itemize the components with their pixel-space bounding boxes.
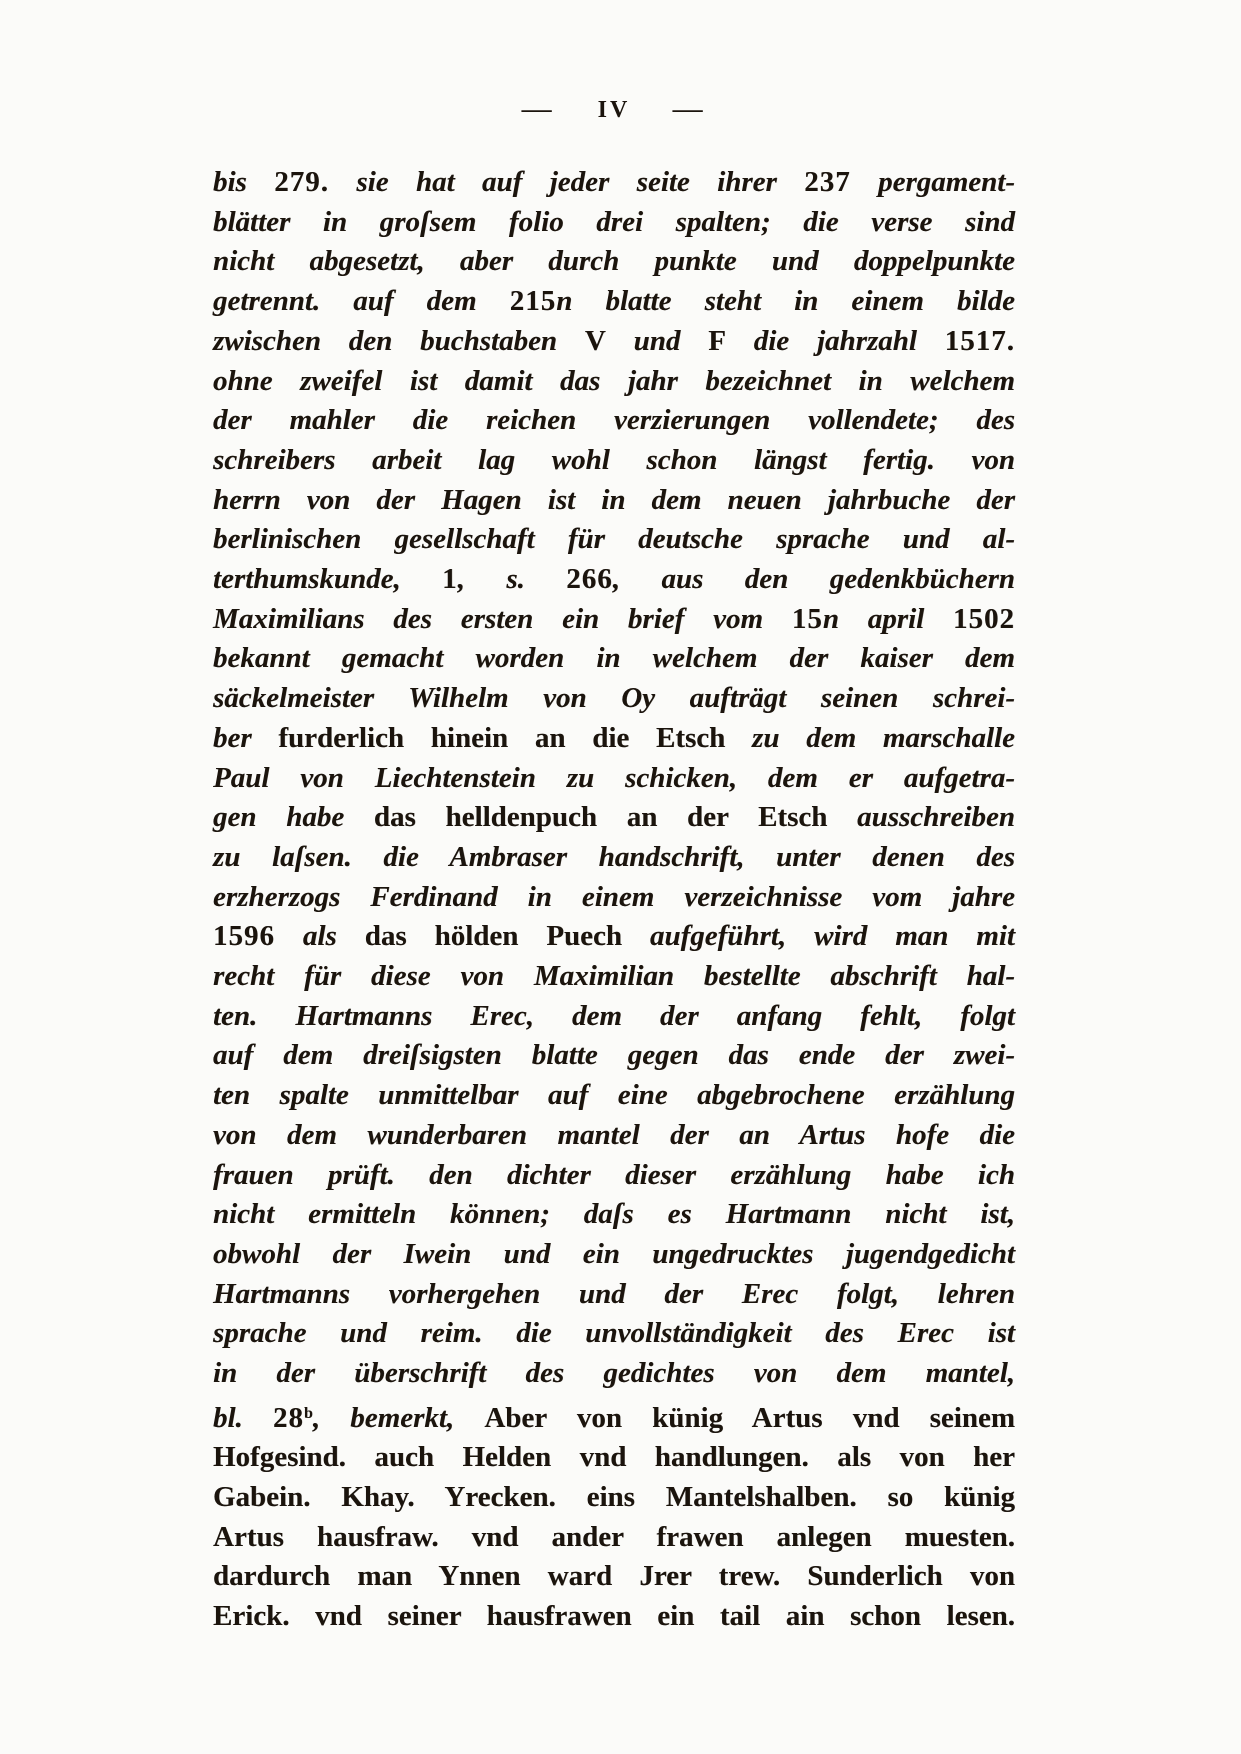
text-line: auf dem dreiſsigsten blatte gegen das en…: [213, 1036, 1015, 1076]
text-segment: in der überschrift des gedichtes von dem…: [213, 1357, 1015, 1389]
text-line: blätter in groſsem folio drei spalten; d…: [213, 203, 1015, 243]
text-segment: 1517.: [945, 325, 1015, 357]
text-segment: frauen prüft. den dichter dieser erzählu…: [213, 1159, 1015, 1191]
text-segment: ten spalte unmittelbar auf eine abgebroc…: [213, 1079, 1015, 1111]
text-line: terthumskunde, 1, s. 266, aus den gedenk…: [213, 560, 1015, 600]
text-segment: nicht ermitteln können; daſs es Hartmann…: [213, 1198, 1015, 1230]
text-segment: auf dem dreiſsigsten blatte gegen das en…: [213, 1039, 1015, 1071]
text-line: herrn von der Hagen ist in dem neuen jah…: [213, 481, 1015, 521]
text-segment: 1596: [213, 920, 275, 952]
header-left-dash: —: [521, 97, 555, 124]
text-segment: bis: [213, 166, 274, 198]
text-segment: , bemerkt,: [313, 1402, 485, 1434]
text-segment: getrennt. auf dem: [213, 285, 510, 317]
text-segment: von dem wunderbaren mantel der an Artus …: [213, 1119, 1015, 1151]
text-segment: Paul von Liechtenstein zu schicken, dem …: [213, 762, 1015, 794]
text-line: 1596 als das hölden Puech aufgeführt, wi…: [213, 917, 1015, 957]
text-segment: bekannt gemacht worden in welchem der ka…: [213, 642, 1015, 674]
text-segment: ten. Hartmanns Erec, dem der anfang fehl…: [213, 1000, 1015, 1032]
text-segment: n blatte steht in einem bilde: [556, 285, 1015, 317]
text-segment: 215: [510, 285, 557, 317]
text-segment: und: [606, 325, 708, 357]
text-line: gen habe das helldenpuch an der Etsch au…: [213, 798, 1015, 838]
text-segment: Artus hausfraw. vnd ander frawen anlegen…: [213, 1521, 1015, 1553]
header-right-dash: —: [673, 97, 707, 124]
text-segment: das helldenpuch an der Etsch: [374, 801, 857, 833]
text-segment: Maximilians des ersten ein brief vom: [213, 603, 792, 635]
text-segment: sie hat auf jeder seite ihrer: [329, 166, 804, 198]
text-line: getrennt. auf dem 215n blatte steht in e…: [213, 282, 1015, 322]
text-line: ten spalte unmittelbar auf eine abgebroc…: [213, 1076, 1015, 1116]
text-segment: der mahler die reichen verzierungen voll…: [213, 404, 1015, 436]
text-segment: 1502: [953, 603, 1015, 635]
text-segment: Hofgesind. auch Helden vnd handlungen. a…: [213, 1441, 1015, 1473]
scanned-book-page: — IV — bis 279. sie hat auf jeder seite …: [0, 0, 1241, 1754]
text-segment: b: [304, 1405, 313, 1422]
text-line: frauen prüft. den dichter dieser erzählu…: [213, 1156, 1015, 1196]
text-segment: zu dem marschalle: [752, 722, 1015, 754]
text-segment: ber: [213, 722, 278, 754]
text-line: säckelmeister Wilhelm von Oy aufträgt se…: [213, 679, 1015, 719]
text-segment: 15: [792, 603, 823, 635]
text-line: nicht ermitteln können; daſs es Hartmann…: [213, 1195, 1015, 1235]
text-segment: Gabein. Khay. Yrecken. eins Mantelshalbe…: [213, 1481, 1015, 1513]
text-line: schreibers arbeit lag wohl schon längst …: [213, 441, 1015, 481]
text-segment: 279.: [274, 166, 329, 198]
text-segment: säckelmeister Wilhelm von Oy aufträgt se…: [213, 682, 1015, 714]
text-line: Erick. vnd seiner hausfrawen ein tail ai…: [213, 1597, 1015, 1637]
text-line: erzherzogs Ferdinand in einem verzeichni…: [213, 878, 1015, 918]
text-segment: blätter in groſsem folio drei spalten; d…: [213, 206, 1015, 238]
text-line: ten. Hartmanns Erec, dem der anfang fehl…: [213, 997, 1015, 1037]
text-segment: die jahrzahl: [726, 325, 945, 357]
text-line: Maximilians des ersten ein brief vom 15n…: [213, 600, 1015, 640]
text-line: Hartmanns vorhergehen und der Erec folgt…: [213, 1275, 1015, 1315]
text-line: Hofgesind. auch Helden vnd handlungen. a…: [213, 1438, 1015, 1478]
text-segment: Aber von künig Artus vnd seinem: [484, 1402, 1015, 1434]
text-segment: pergament-: [851, 166, 1015, 198]
text-segment: 1: [442, 563, 458, 595]
text-segment: Erick. vnd seiner hausfrawen ein tail ai…: [213, 1600, 1015, 1632]
text-line: nicht abgesetzt, aber durch punkte und d…: [213, 242, 1015, 282]
page-number-roman: IV: [598, 97, 631, 124]
text-line: zu laſsen. die Ambraser handschrift, unt…: [213, 838, 1015, 878]
text-segment: Hartmanns vorhergehen und der Erec folgt…: [213, 1278, 1015, 1310]
text-line: recht für diese von Maximilian bestellte…: [213, 957, 1015, 997]
text-line: sprache und reim. die unvollständigkeit …: [213, 1314, 1015, 1354]
text-segment: aufgeführt, wird man mit: [650, 920, 1015, 952]
text-segment: als: [275, 920, 365, 952]
text-segment: 28: [273, 1402, 304, 1434]
text-segment: nicht abgesetzt, aber durch punkte und d…: [213, 245, 1015, 277]
text-segment: ausschreiben: [857, 801, 1015, 833]
text-line: von dem wunderbaren mantel der an Artus …: [213, 1116, 1015, 1156]
text-segment: sprache und reim. die unvollständigkeit …: [213, 1317, 1015, 1349]
text-segment: , s.: [458, 563, 567, 595]
text-segment: das hölden Puech: [365, 920, 650, 952]
text-segment: berlinischen gesellschaft für deutsche s…: [213, 523, 1015, 555]
text-segment: furderlich hinein an die Etsch: [278, 722, 752, 754]
text-segment: gen habe: [213, 801, 374, 833]
text-segment: V: [585, 325, 606, 357]
text-segment: 266: [566, 563, 613, 595]
text-segment: n april: [823, 603, 953, 635]
text-line: dardurch man Ynnen ward Jrer trew. Sunde…: [213, 1557, 1015, 1597]
text-line: bl. 28b, bemerkt, Aber von künig Artus v…: [213, 1394, 1015, 1438]
text-line: zwischen den buchstaben V und F die jahr…: [213, 322, 1015, 362]
text-segment: recht für diese von Maximilian bestellte…: [213, 960, 1015, 992]
text-segment: zwischen den buchstaben: [213, 325, 585, 357]
text-segment: schreibers arbeit lag wohl schon längst …: [213, 444, 1015, 476]
text-line: Paul von Liechtenstein zu schicken, dem …: [213, 759, 1015, 799]
text-segment: dardurch man Ynnen ward Jrer trew. Sunde…: [213, 1560, 1015, 1592]
text-segment: , aus den gedenkbüchern: [613, 563, 1015, 595]
text-line: ohne zweifel ist damit das jahr bezeichn…: [213, 362, 1015, 402]
text-line: berlinischen gesellschaft für deutsche s…: [213, 520, 1015, 560]
text-segment: ohne zweifel ist damit das jahr bezeichn…: [213, 365, 1015, 397]
text-line: der mahler die reichen verzierungen voll…: [213, 401, 1015, 441]
text-line: Gabein. Khay. Yrecken. eins Mantelshalbe…: [213, 1478, 1015, 1518]
text-line: bekannt gemacht worden in welchem der ka…: [213, 639, 1015, 679]
text-line: in der überschrift des gedichtes von dem…: [213, 1354, 1015, 1394]
text-line: ber furderlich hinein an die Etsch zu de…: [213, 719, 1015, 759]
text-segment: 237: [804, 166, 851, 198]
text-line: obwohl der Iwein und ein ungedrucktes ju…: [213, 1235, 1015, 1275]
text-segment: herrn von der Hagen ist in dem neuen jah…: [213, 484, 1015, 516]
page-header: — IV —: [213, 97, 1015, 124]
text-line: Artus hausfraw. vnd ander frawen anlegen…: [213, 1518, 1015, 1558]
text-segment: erzherzogs Ferdinand in einem verzeichni…: [213, 881, 1015, 913]
text-lines: bis 279. sie hat auf jeder seite ihrer 2…: [213, 163, 1015, 1637]
text-segment: obwohl der Iwein und ein ungedrucktes ju…: [213, 1238, 1015, 1270]
text-line: bis 279. sie hat auf jeder seite ihrer 2…: [213, 163, 1015, 203]
text-segment: terthumskunde,: [213, 563, 442, 595]
text-segment: F: [708, 325, 726, 357]
text-segment: bl.: [213, 1402, 273, 1434]
text-segment: zu laſsen. die Ambraser handschrift, unt…: [213, 841, 1015, 873]
